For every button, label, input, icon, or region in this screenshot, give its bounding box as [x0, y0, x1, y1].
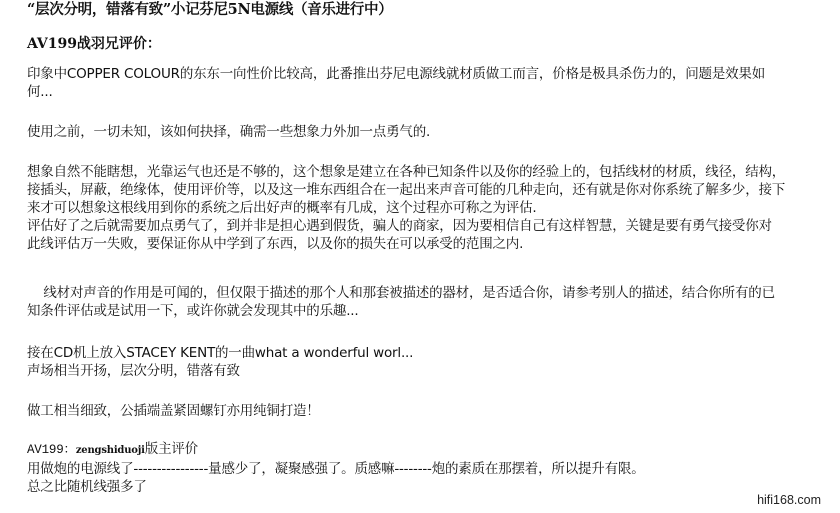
- text-line: 线材对声音的作用是可闻的，但仅限于描述的那个人和那套被描述的器材，是否适合你，请…: [27, 284, 797, 302]
- text-line: 接插头，屏蔽，绝缘体，使用评价等，以及这一堆东西组合在一起出来声音可能的几种走向…: [27, 181, 797, 199]
- moderator-username: zengshiduoji: [76, 445, 145, 456]
- paragraph-cable-effect: 线材对声音的作用是可闻的，但仅限于描述的那个人和那套被描述的器材，是否适合你，请…: [27, 284, 797, 320]
- article-title: “层次分明，错落有致”小记芬尼5N电源线（音乐进行中）: [27, 0, 392, 19]
- paragraph-workmanship: 做工相当细致，公插端盖紧固螺钉亦用纯铜打造！: [27, 402, 797, 420]
- text-line: 做工相当细致，公插端盖紧固螺钉亦用纯铜打造！: [27, 402, 797, 420]
- paragraph-impression: 印象中COPPER COLOUR的东东一向性价比较高，此番推出芬尼电源线就材质做…: [27, 65, 797, 101]
- text-line: 评估好了之后就需要加点勇气了，到并非是担心遇到假货，骗人的商家，因为要相信自己有…: [27, 217, 797, 235]
- moderator-review-header: AV199：zengshiduoji版主评价: [27, 440, 797, 460]
- paragraph-imagination: 想象自然不能瞎想，光靠运气也还是不够的，这个想象是建立在各种已知条件以及你的经验…: [27, 163, 797, 253]
- text-line: 用做炮的电源线了----------------量感少了，凝聚感强了。质感嘛--…: [27, 460, 797, 478]
- paragraph-before-use: 使用之前，一切未知，该如何抉择，确需一些想象力外加一点勇气的.: [27, 123, 797, 141]
- review-prefix: AV199：: [27, 443, 76, 457]
- text-line: 使用之前，一切未知，该如何抉择，确需一些想象力外加一点勇气的.: [27, 123, 797, 141]
- text-line: 接在CD机上放入STACEY KENT的一曲what a wonderful w…: [27, 344, 797, 362]
- paragraph-listening: 接在CD机上放入STACEY KENT的一曲what a wonderful w…: [27, 344, 797, 380]
- text-line: 总之比随机线强多了: [27, 478, 797, 496]
- text-line: 知条件评估或是试用一下，或许你就会发现其中的乐趣...: [27, 302, 797, 320]
- text-line: 声场相当开扬，层次分明，错落有致: [27, 362, 797, 380]
- text-line: 此线评估万一失败，要保证你从中学到了东西，以及你的损失在可以承受的范围之内.: [27, 235, 797, 253]
- review-suffix: 版主评价: [145, 441, 198, 457]
- text-line: 来才可以想象这根线用到你的系统之后出好声的概率有几成，这个过程亦可称之为评估.: [27, 199, 797, 217]
- section-heading: AV199战羽兄评价：: [27, 33, 161, 53]
- moderator-review: AV199：zengshiduoji版主评价 用做炮的电源线了---------…: [27, 440, 797, 496]
- text-line: 何...: [27, 83, 797, 101]
- text-line: 印象中COPPER COLOUR的东东一向性价比较高，此番推出芬尼电源线就材质做…: [27, 65, 797, 83]
- text-line: 想象自然不能瞎想，光靠运气也还是不够的，这个想象是建立在各种已知条件以及你的经验…: [27, 163, 797, 181]
- watermark: hifi168.com: [757, 493, 821, 507]
